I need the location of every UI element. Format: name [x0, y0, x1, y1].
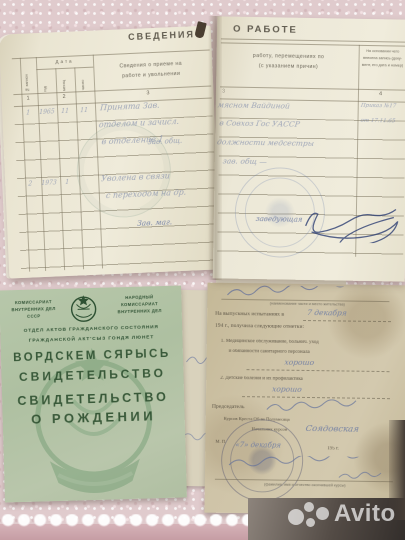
- entry-text: в Совхоз Гос УАССР: [219, 118, 301, 128]
- entry-no: 1: [26, 109, 30, 116]
- col-basis-line3: мент, его дата и номер): [360, 63, 404, 68]
- col-number: 3: [146, 90, 149, 96]
- closing-word: заведующая: [255, 215, 303, 224]
- exam-line-printed: На выпускных испытаниях в: [215, 311, 284, 318]
- col-info-line1: Сведения о приеме на: [93, 60, 208, 71]
- entry-no: 2: [28, 180, 32, 187]
- lace-scallop-edge: [0, 514, 270, 529]
- cert-header-right: НАРОДНЫЙ КОМИССАРИАТ ВНУТРЕННИХ ДЕЛ: [101, 293, 178, 316]
- exam-line-printed-2: 194 г., получила следующие отметки:: [215, 323, 304, 330]
- entry-note: Зав. общ.: [147, 137, 182, 147]
- chairman-signature: [264, 398, 359, 415]
- course-certificate: (наименование части и место жительства) …: [204, 283, 405, 516]
- avito-watermark: Avito: [284, 500, 402, 538]
- exam-date-handwritten: 7 декабря: [307, 308, 348, 318]
- col-basis-line2: внесена запись (доку-: [361, 56, 405, 61]
- cert-dept-line: ОТДЕЛ АКТОВ ГРАЖДАНСКОГО СОСТОЯНИЯ: [0, 324, 182, 334]
- issue-date-handwritten: «7» декабря: [235, 441, 282, 450]
- entry-month: 11: [61, 108, 69, 115]
- col-info-line2: работе и увольнении: [94, 70, 209, 81]
- col-record-no: № записи: [24, 61, 29, 91]
- subject-2: 2. Детские болезни и их профилактика: [220, 376, 303, 382]
- handwriting-squiggle: [337, 470, 383, 481]
- col-number: 3: [222, 88, 225, 94]
- chairman-label: Председатель: [212, 404, 245, 410]
- col-month: месяц: [61, 71, 66, 91]
- cert-header-right-line: ВНУТРЕННИХ ДЕЛ: [102, 307, 178, 316]
- entry-note: Зав. маг.: [137, 217, 173, 228]
- soviet-emblem-icon: [67, 292, 100, 325]
- avito-watermark-text: Avito: [334, 500, 396, 528]
- workbook-right-page: О РАБОТЕ работу, перемещениях по (с указ…: [213, 16, 405, 281]
- birth-certificate: КОМИССАРИАТ ВНУТРЕННИХ ДЕЛ СССР НАРОДНЫЙ…: [0, 286, 187, 503]
- right-page-title: О РАБОТЕ: [233, 24, 298, 36]
- entry-text: Принята Зав.: [100, 101, 160, 113]
- col-day: число: [80, 70, 85, 90]
- col-info-cont-line2: (с указанием причин): [224, 62, 352, 70]
- issue-year-printed: 195 г.: [327, 446, 339, 451]
- left-page-title: СВЕДЕНИЯ: [128, 29, 195, 42]
- book-spine-shadow: [208, 16, 222, 280]
- name-handwritten: Соядовская: [305, 424, 360, 435]
- entry-text: должности медсестры: [216, 137, 314, 148]
- entry-month: 1: [65, 179, 69, 186]
- signature-flourish: [301, 196, 402, 244]
- entry-basis: Приказ №17: [360, 103, 396, 110]
- entry-day: 11: [80, 107, 88, 114]
- col-year: год: [42, 72, 47, 92]
- entry-text: мясном Вайдиной: [217, 100, 290, 110]
- cert-header-left: КОМИССАРИАТ ВНУТРЕННИХ ДЕЛ СССР: [1, 298, 66, 321]
- handwriting-squiggle: [227, 455, 387, 471]
- col-date: Дата: [36, 58, 93, 65]
- col-basis-line1: На основании чего: [361, 49, 405, 54]
- col-info-cont-line1: работу, перемещениях по: [225, 52, 353, 60]
- col-number: 1: [26, 95, 29, 101]
- col-number: 4: [379, 91, 382, 97]
- col-number: 2: [62, 94, 65, 100]
- entry-text: зав. общ —: [222, 156, 267, 166]
- subject-1: 1. Медицинское обслуживание, больнич. ух…: [221, 339, 319, 345]
- grade-1-handwritten: хорошо: [284, 358, 315, 367]
- photo-of-documents: КОМИССАРИАТ ВНУТРЕННИХ ДЕЛ СССР НАРОДНЫЙ…: [0, 0, 405, 540]
- entry-year: 1973: [41, 179, 57, 187]
- entry-year: 1965: [39, 108, 55, 116]
- subject-1b: и обязанности санитарного персонала: [229, 349, 310, 355]
- grade-2-handwritten: хорошо: [272, 385, 303, 394]
- entry-basis: от 17.11.65: [360, 118, 396, 125]
- workbook-left-page: СВЕДЕНИЯ № записи Дата год месяц число С…: [0, 25, 221, 278]
